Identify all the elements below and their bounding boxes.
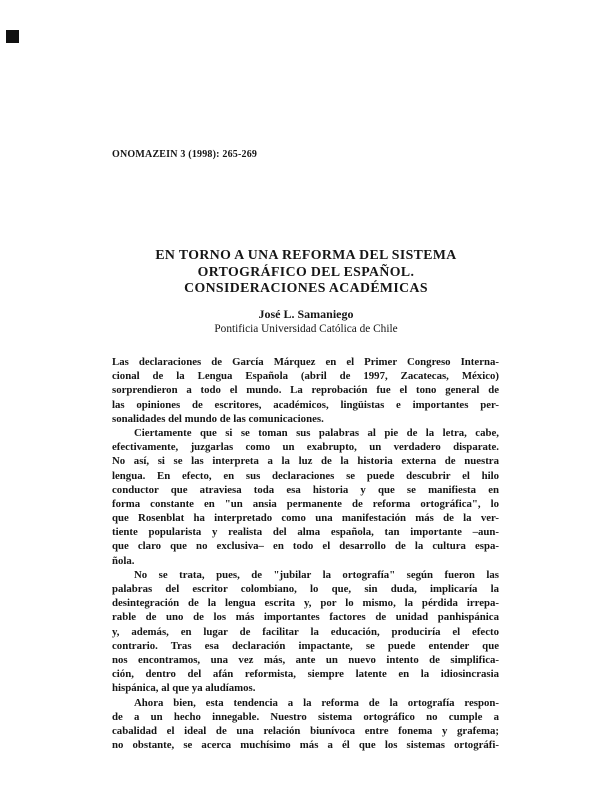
document-page: ONOMAZEIN 3 (1998): 265-269 EN TORNO A U… [0,0,612,792]
body-line: sorprendieron a todo el mundo. La reprob… [112,383,499,397]
body-line: Las declaraciones de García Márquez en e… [112,355,499,369]
body-line: nos encontramos, una vez más, ante un nu… [112,653,499,667]
body-line: sonalidades del mundo de las comunicacio… [112,412,499,426]
body-line: que Rosenblat ha interpretado como una m… [112,511,499,525]
body-line: cabalidad el ideal de una relación biuní… [112,724,499,738]
title-line: EN TORNO A UNA REFORMA DEL SISTEMA [112,247,500,264]
body-line: No se trata, pues, de "jubilar la ortogr… [112,568,499,582]
body-line: Ahora bien, esta tendencia a la reforma … [112,696,499,710]
article-body: Las declaraciones de García Márquez en e… [112,355,499,752]
author-affiliation: Pontificia Universidad Católica de Chile [112,323,500,335]
body-line: tiente popularista y realista del alma e… [112,525,499,539]
body-line: hispánica, al que ya aludíamos. [112,681,499,695]
body-line: Ciertamente que si se toman sus palabras… [112,426,499,440]
scan-artifact-square [6,30,19,43]
body-line: que claro que no exclusiva– en todo el d… [112,539,499,553]
title-line: CONSIDERACIONES ACADÉMICAS [112,280,500,297]
body-line: de a un hecho innegable. Nuestro sistema… [112,710,499,724]
body-line: forma constante en "un ansia permanente … [112,497,499,511]
article-title: EN TORNO A UNA REFORMA DEL SISTEMAORTOGR… [112,247,500,297]
body-line: y, además, en lugar de facilitar la educ… [112,625,499,639]
body-line: rable de uno de los más importantes fact… [112,610,499,624]
body-line: las opiniones de escritores, académicos,… [112,398,499,412]
body-line: ñola. [112,554,499,568]
body-line: efectivamente, juzgarlas como un exabrup… [112,440,499,454]
title-line: ORTOGRÁFICO DEL ESPAÑOL. [112,264,500,281]
body-line: ción, dentro del afán reformista, siempr… [112,667,499,681]
body-line: contrario. Tras esa declaración impactan… [112,639,499,653]
body-line: No así, si se las interpreta a la luz de… [112,454,499,468]
body-line: desintegración de la lengua escrita y, p… [112,596,499,610]
journal-running-head: ONOMAZEIN 3 (1998): 265-269 [112,149,257,160]
body-line: conductor que atraviesa toda esa histori… [112,483,499,497]
body-line: palabras del escritor colombiano, lo que… [112,582,499,596]
body-line: lengua. En efecto, en sus declaraciones … [112,469,499,483]
body-line: no obstante, se acerca muchísimo más a é… [112,738,499,752]
author-name: José L. Samaniego [112,307,500,322]
body-line: cional de la Lengua Española (abril de 1… [112,369,499,383]
